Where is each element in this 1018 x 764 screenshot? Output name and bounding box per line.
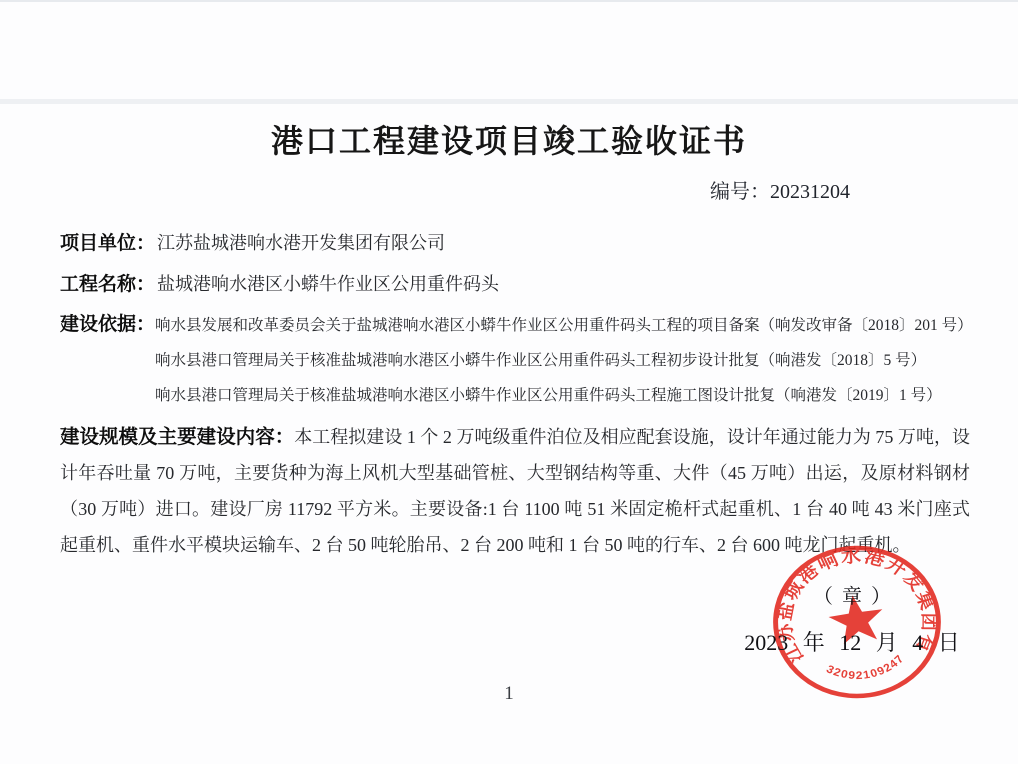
document-title: 港口工程建设项目竣工验收证书 (0, 0, 1018, 162)
basis-label: 建设依据： (60, 308, 155, 342)
project-name-label: 工程名称： (60, 268, 155, 302)
project-unit-label: 项目单位： (60, 227, 155, 261)
document-number: 编号：20231204 (0, 175, 1018, 204)
basis-line: 响水县发展和改革委员会关于盐城港响水港区小蟒牛作业区公用重件码头工程的项目备案（… (155, 308, 973, 343)
scan-artifact-line (0, 99, 1018, 104)
basis-line: 响水县港口管理局关于核准盐城港响水港区小蟒牛作业区公用重件码头工程施工图设计批复… (155, 378, 973, 413)
basis-lines: 响水县发展和改革委员会关于盐城港响水港区小蟒牛作业区公用重件码头工程的项目备案（… (155, 308, 973, 413)
certificate-page: 港口工程建设项目竣工验收证书 编号：20231204 项目单位： 江苏盐城港响水… (0, 0, 1018, 764)
signature-block: （章） 2023 年 12 月 4 日 (722, 580, 982, 657)
field-project-name: 工程名称： 盐城港响水港区小蟒牛作业区公用重件码头 (60, 267, 970, 302)
field-project-unit: 项目单位： 江苏盐城港响水港开发集团有限公司 (60, 226, 970, 261)
field-basis: 建设依据： 响水县发展和改革委员会关于盐城港响水港区小蟒牛作业区公用重件码头工程… (60, 308, 970, 413)
certificate-body: 项目单位： 江苏盐城港响水港开发集团有限公司 工程名称： 盐城港响水港区小蟒牛作… (60, 226, 970, 563)
seal-note: （章） (722, 580, 982, 609)
document-number-label: 编号： (710, 181, 770, 203)
document-number-value: 20231204 (770, 181, 850, 203)
basis-line: 响水县港口管理局关于核准盐城港响水港区小蟒牛作业区公用重件码头工程初步设计批复（… (155, 343, 973, 378)
project-name-value: 盐城港响水港区小蟒牛作业区公用重件码头 (155, 267, 499, 301)
project-unit-value: 江苏盐城港响水港开发集团有限公司 (155, 226, 445, 260)
scale-label: 建设规模及主要建设内容： (60, 426, 294, 448)
scan-edge (0, 0, 1018, 2)
signature-date: 2023 年 12 月 4 日 (722, 626, 982, 657)
